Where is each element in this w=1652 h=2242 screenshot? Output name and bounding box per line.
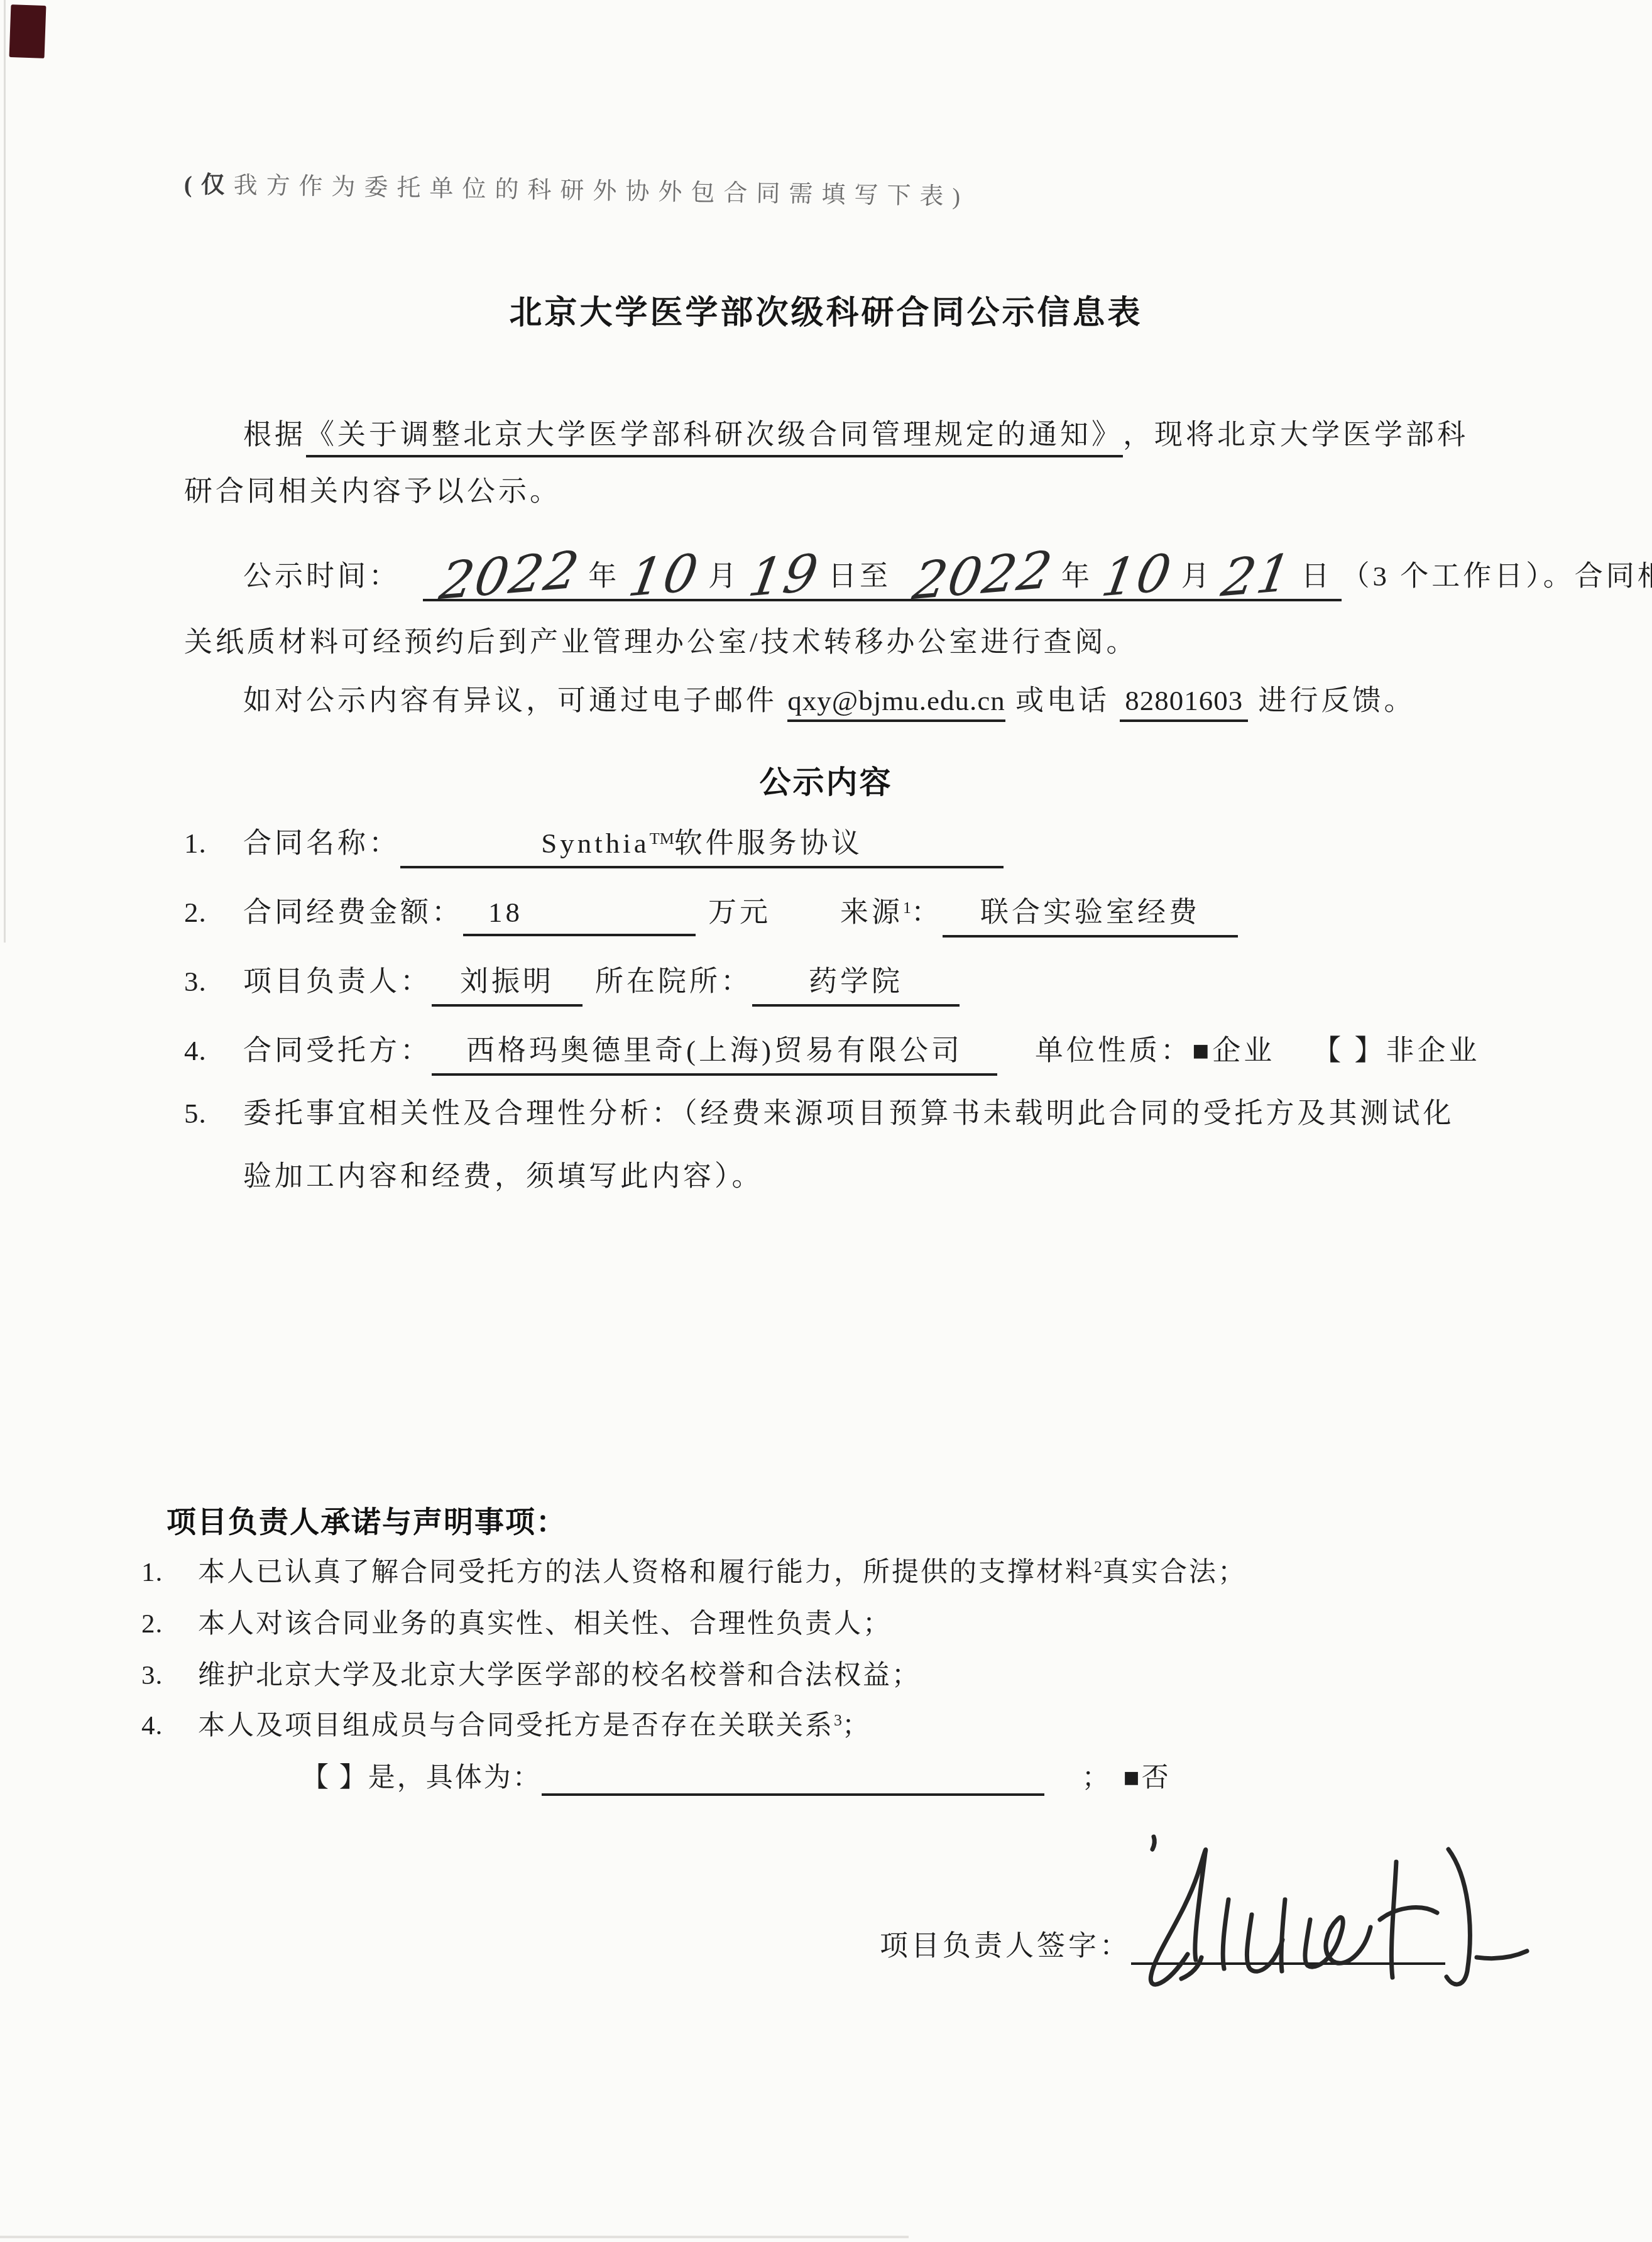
pledge4-post: ； xyxy=(842,1711,871,1741)
trademark-superscript: TM xyxy=(650,829,674,848)
source-label: 来源 xyxy=(840,897,903,928)
period-label: 公示时间： xyxy=(243,560,400,592)
source-superscript: 1 xyxy=(903,899,911,917)
contract-name-value: SynthiaTM软件服务协议 xyxy=(400,820,1004,868)
feedback-email: qxy@bjmu.edu.cn xyxy=(787,684,1005,722)
relationship-answer-line: 【 】是，具体为： ；■否 xyxy=(302,1756,1171,1796)
scan-corner-mark xyxy=(9,4,46,58)
dept-value: 药学院 xyxy=(752,958,960,1007)
start-year-handwritten: 2022 xyxy=(439,558,581,595)
period-start-blank: 2022 年 10 月 19 日至 xyxy=(423,553,902,601)
item5-text1: 委托事宜相关性及合理性分析：（经费来源项目预算书未载明此合同的受托方及其测试化 xyxy=(243,1098,1455,1129)
top-note-text: 我方作为委托单位的科研外协外包合同需填写下表) xyxy=(233,172,969,210)
intro-line1: 根据《关于调整北京大学医学部科研次级合同管理规定的通知》，现将北京大学医学部科 xyxy=(184,412,1469,457)
pledge3-number: 3. xyxy=(141,1660,198,1691)
pledge-heading: 项目负责人承诺与声明事项： xyxy=(167,1499,567,1541)
nature-label: 单位性质： xyxy=(1035,1035,1192,1066)
period-line1: 公示时间： 2022 年 10 月 19 日至2022 年 10 月 21 日（… xyxy=(243,553,1652,601)
item2-label: 合同经费金额： xyxy=(243,897,463,928)
yes-label: 是，具体为： xyxy=(368,1763,542,1793)
pi-name-value: 刘振明 xyxy=(432,958,583,1007)
item5-number: 5. xyxy=(184,1097,243,1130)
item-contract-name: 1.合同名称：SynthiaTM软件服务协议 xyxy=(184,820,1004,868)
item4-number: 4. xyxy=(184,1034,243,1067)
top-note-prefix: (仅 xyxy=(184,172,234,199)
year-char2: 年 xyxy=(1061,560,1093,592)
amount-value: 18 xyxy=(463,896,696,936)
source-value: 联合实验室经费 xyxy=(943,889,1238,938)
top-note: (仅我方作为委托单位的科研外协外包合同需填写下表) xyxy=(184,165,970,212)
pledge-item-1: 1.本人已认真了解合同受托方的法人资格和履行能力，所提供的支撑材料2真实合法； xyxy=(141,1551,1247,1589)
intro-pre: 根据 xyxy=(243,419,306,451)
month-char2: 月 xyxy=(1181,560,1213,592)
feedback-pre: 如对公示内容有异议，可通过电子邮件 xyxy=(243,685,787,716)
scan-left-edge-line xyxy=(4,0,6,943)
item-analysis-line2: 验加工内容和经费，须填写此内容）。 xyxy=(243,1153,763,1194)
dept-label: 所在院所： xyxy=(595,966,752,997)
intro-line2: 研合同相关内容予以公示。 xyxy=(184,468,561,509)
item3-number: 3. xyxy=(184,965,243,998)
item-analysis-line1: 5.委托事宜相关性及合理性分析：（经费来源项目预算书未载明此合同的受托方及其测试… xyxy=(184,1090,1455,1131)
feedback-mid: 或电话 xyxy=(1005,685,1120,716)
item-principal-investigator: 3.项目负责人：刘振明所在院所：药学院 xyxy=(184,958,960,1007)
month-char: 月 xyxy=(708,560,740,592)
contract-name-latin: Synthia xyxy=(541,828,650,859)
feedback-phone: 82801603 xyxy=(1120,684,1248,722)
start-day-handwritten: 19 xyxy=(747,560,821,591)
scan-bottom-edge-line xyxy=(0,2236,909,2238)
end-year-handwritten: 2022 xyxy=(912,558,1054,595)
end-day-handwritten: 21 xyxy=(1220,560,1294,591)
year-char: 年 xyxy=(588,560,620,592)
section-title-publicity-content: 公示内容 xyxy=(760,757,893,802)
page-title: 北京大学医学部次级科研合同公示信息表 xyxy=(509,286,1142,333)
item1-label: 合同名称： xyxy=(243,828,400,859)
period-line2: 关纸质材料可经预约后到产业管理办公室/技术转移办公室进行查阅。 xyxy=(184,619,1138,660)
pi-signature-handwriting xyxy=(1093,1825,1558,2014)
pledge1-post: 真实合法； xyxy=(1102,1558,1247,1587)
yes-detail-blank xyxy=(542,1763,1044,1796)
item-contract-amount: 2.合同经费金额：18万元来源1：联合实验室经费 xyxy=(184,889,1238,938)
scanned-form-page: (仅我方作为委托单位的科研外协外包合同需填写下表) 北京大学医学部次级科研合同公… xyxy=(0,0,1652,2242)
item1-number: 1. xyxy=(184,827,243,860)
trustee-value: 西格玛奥德里奇(上海)贸易有限公司 xyxy=(432,1027,997,1076)
footnote2-superscript: 2 xyxy=(1094,1558,1102,1576)
nature-noncompany-unchecked: 【 】非企业 xyxy=(1313,1035,1480,1066)
pledge1-number: 1. xyxy=(141,1557,198,1588)
item3-label: 项目负责人： xyxy=(243,966,432,997)
pledge1-pre: 本人已认真了解合同受托方的法人资格和履行能力，所提供的支撑材料 xyxy=(198,1558,1094,1587)
to-chars: 日至 xyxy=(828,560,891,592)
end-month-handwritten: 10 xyxy=(1100,560,1174,591)
item-trustee: 4.合同受托方：西格玛奥德里奇(上海)贸易有限公司单位性质：■企业【 】非企业 xyxy=(184,1027,1480,1076)
pledge2-text: 本人对该合同业务的真实性、相关性、合理性负责人； xyxy=(198,1609,892,1639)
nature-company-checked: ■企业 xyxy=(1192,1035,1275,1066)
pledge4-pre: 本人及项目组成员与合同受托方是否存在关联关系 xyxy=(198,1711,834,1741)
period-end-blank: 2022 年 10 月 21 日 xyxy=(902,553,1342,601)
pledge-item-4: 4.本人及项目组成员与合同受托方是否存在关联关系3； xyxy=(141,1704,871,1742)
amount-unit: 万元 xyxy=(708,897,771,928)
regulation-link: 《关于调整北京大学医学部科研次级合同管理规定的通知》 xyxy=(306,412,1123,457)
answer-semicolon: ； xyxy=(1082,1763,1111,1793)
start-month-handwritten: 10 xyxy=(627,560,701,591)
period-suffix: （3 个工作日）。合同相 xyxy=(1342,560,1652,592)
day-char2: 日 xyxy=(1301,560,1333,592)
pledge4-number: 4. xyxy=(141,1710,198,1741)
item4-label: 合同受托方： xyxy=(243,1035,432,1066)
no-checkbox-checked: ■否 xyxy=(1124,1763,1171,1793)
footnote3-superscript: 3 xyxy=(834,1711,842,1729)
item2-number: 2. xyxy=(184,896,243,929)
yes-checkbox-unchecked: 【 】 xyxy=(302,1763,368,1793)
pledge3-text: 维护北京大学及北京大学医学部的校名校誉和合法权益； xyxy=(198,1661,921,1690)
feedback-line: 如对公示内容有异议，可通过电子邮件 qxy@bjmu.edu.cn 或电话 82… xyxy=(243,677,1415,722)
source-colon: ： xyxy=(911,897,943,928)
pledge-item-2: 2.本人对该合同业务的真实性、相关性、合理性负责人； xyxy=(141,1602,892,1641)
pledge-item-3: 3.维护北京大学及北京大学医学部的校名校誉和合法权益； xyxy=(141,1654,921,1692)
feedback-post: 进行反馈。 xyxy=(1248,685,1415,716)
contract-name-rest: 软件服务协议 xyxy=(674,828,863,859)
intro-post: ，现将北京大学医学部科 xyxy=(1123,419,1469,451)
pledge2-number: 2. xyxy=(141,1609,198,1639)
